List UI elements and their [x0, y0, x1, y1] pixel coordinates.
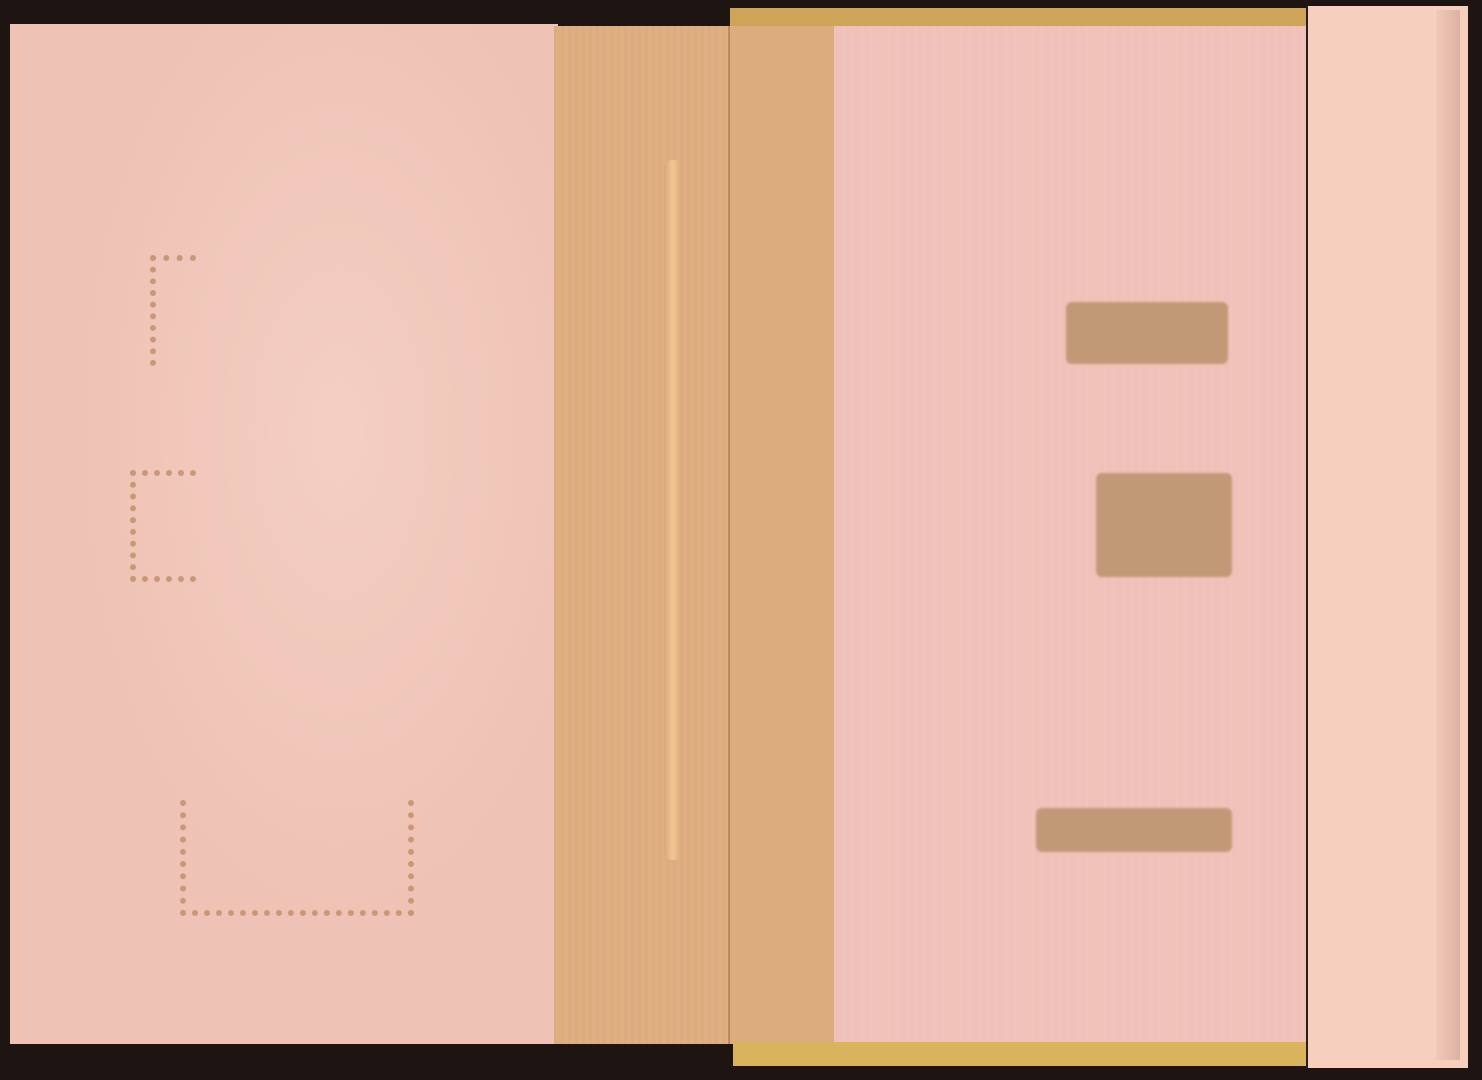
spine-strip-right: [728, 26, 836, 1044]
stain-bracket-bottom: [180, 800, 414, 916]
stain-bracket-top: [150, 255, 196, 366]
gold-tape-bottom: [733, 1042, 1308, 1066]
stain-bracket-middle: [130, 470, 196, 582]
glue-patch-top: [1066, 302, 1228, 364]
glue-patch-middle: [1096, 473, 1232, 577]
spine-strip-left: [554, 26, 730, 1044]
spine-crease: [664, 160, 682, 860]
flyleaf-edge: [1436, 10, 1460, 1060]
glue-patch-bottom: [1036, 808, 1232, 852]
right-pastedown: [834, 26, 1308, 1042]
